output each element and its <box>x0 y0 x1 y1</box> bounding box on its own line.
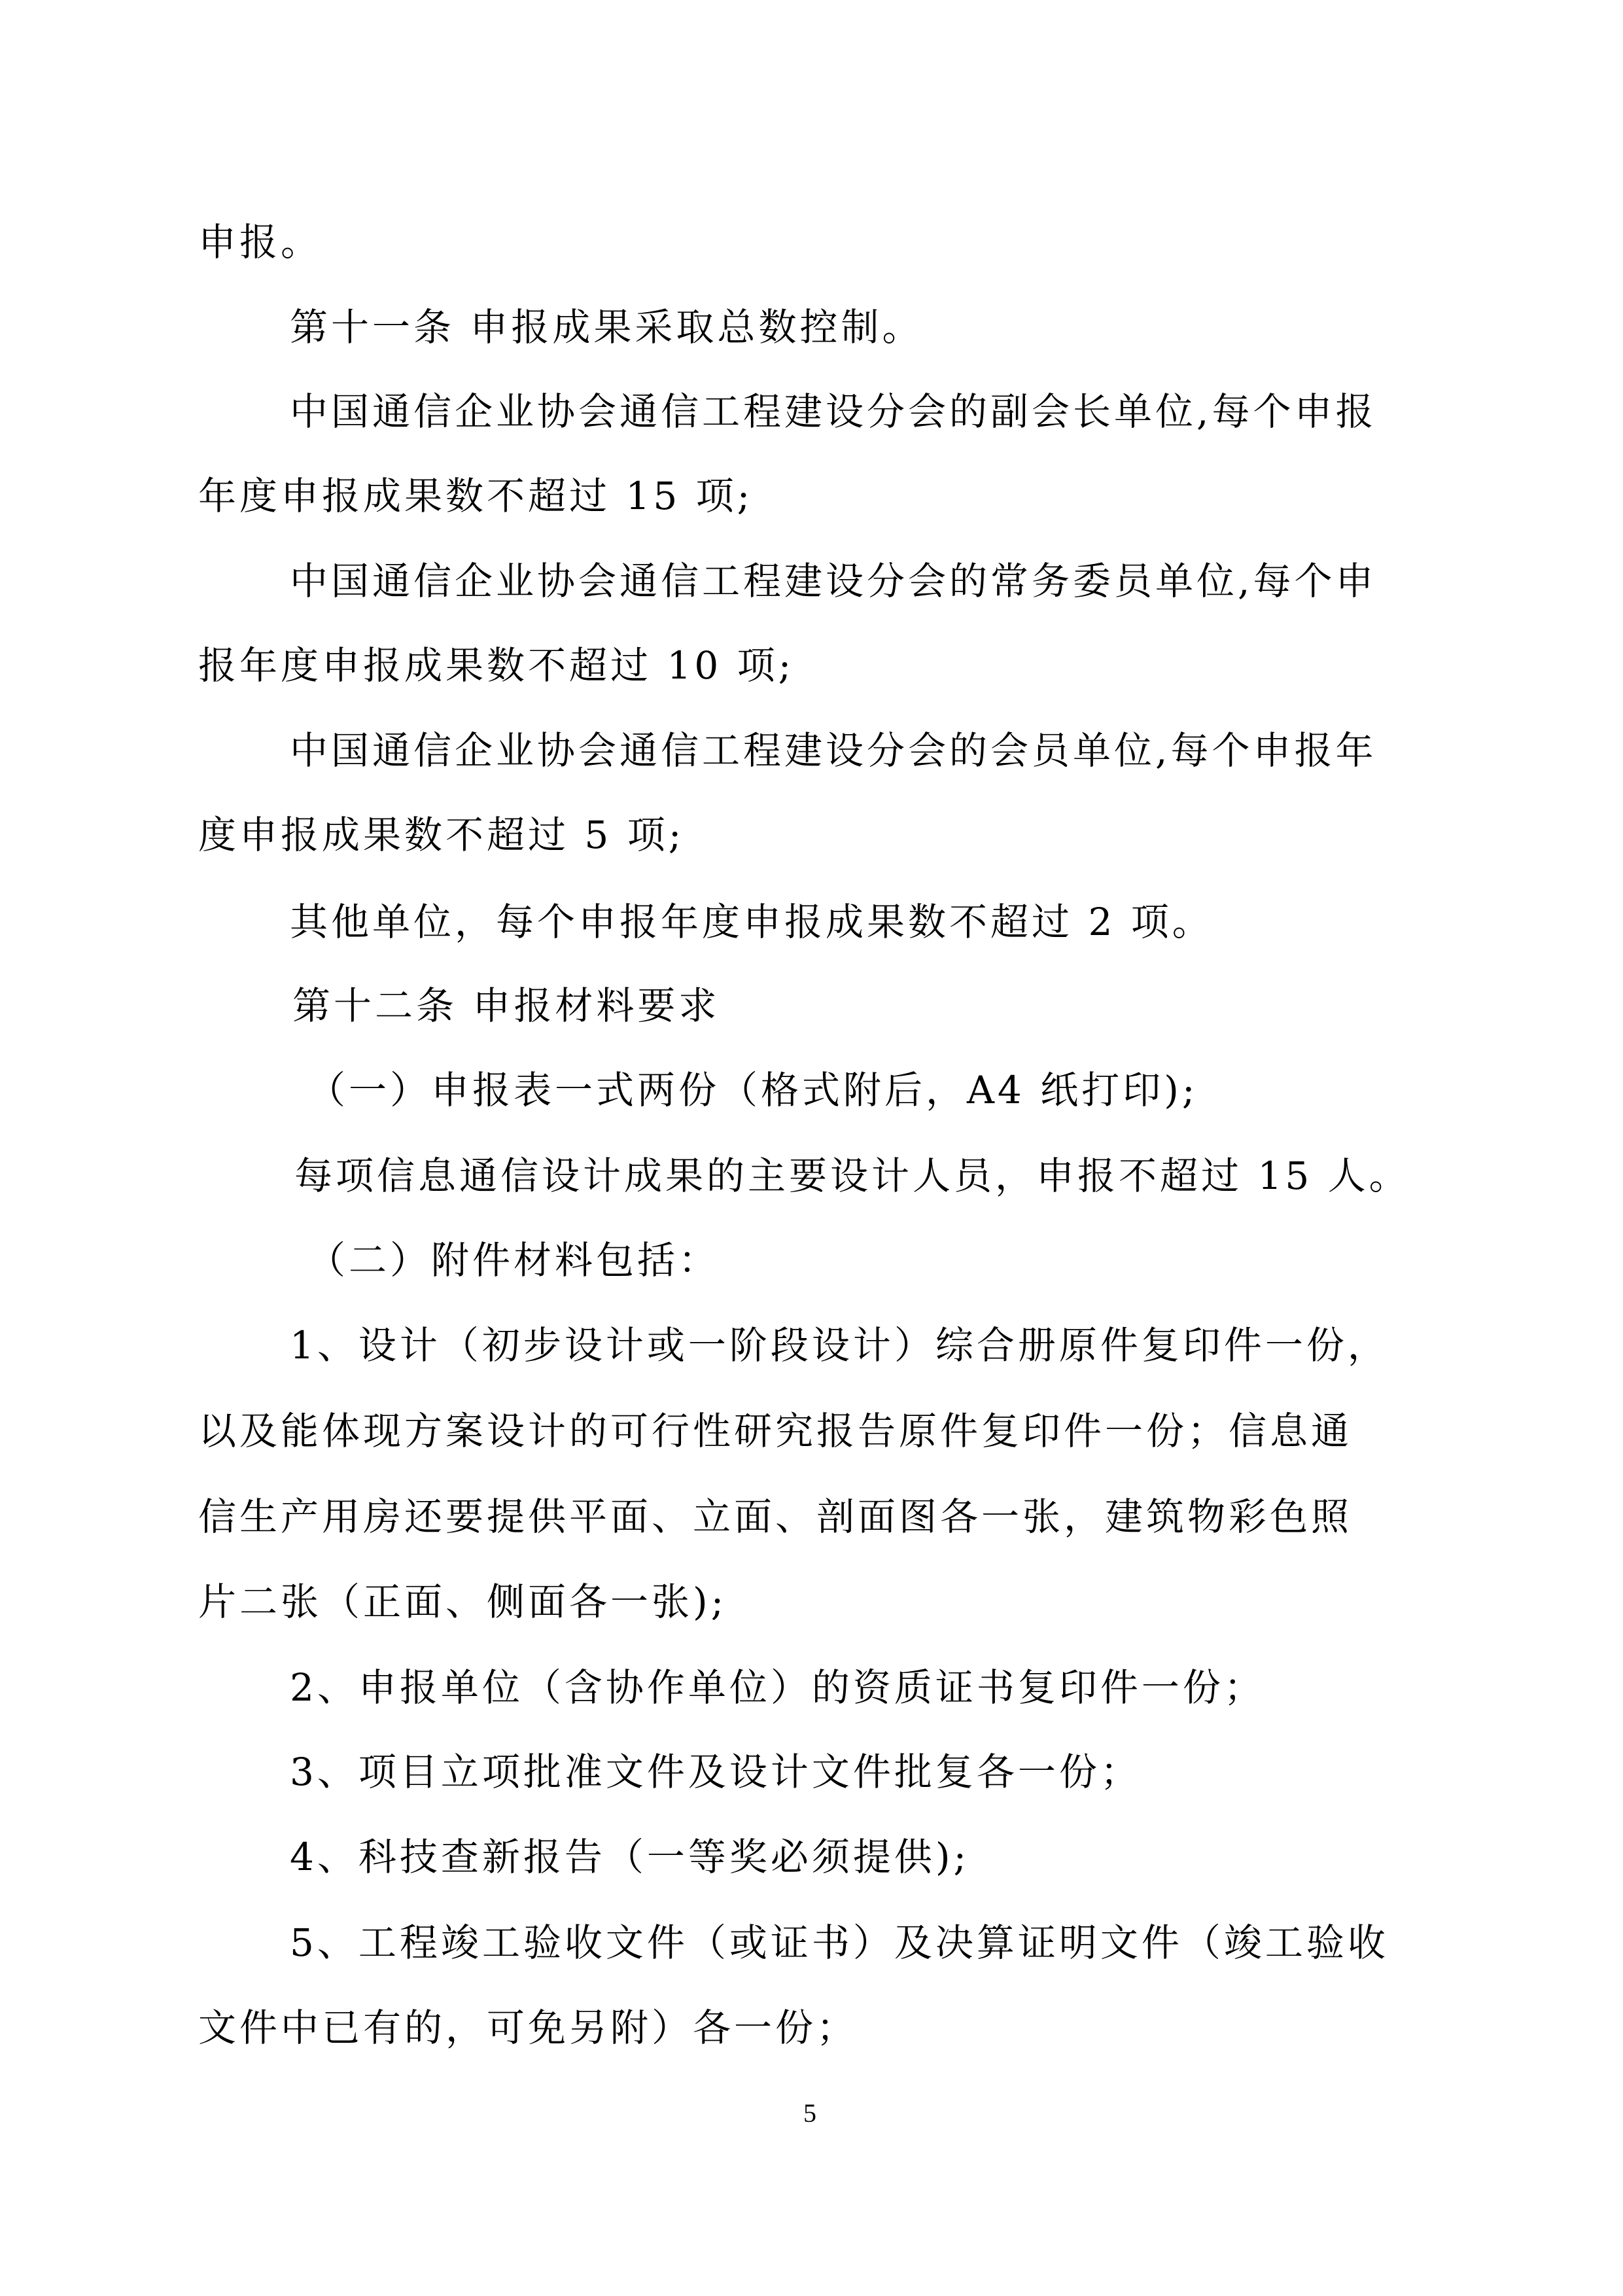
text-line-member-limit: 度申报成果数不超过 5 项; <box>198 812 684 858</box>
text-line-attachment-1-cont-b: 信生产用房还要提供平面、立面、剖面图各一张，建筑物彩色照 <box>198 1494 1352 1540</box>
text-line-member-units: 中国通信企业协会通信工程建设分会的会员单位,每个申报年 <box>290 728 1376 773</box>
text-line-attachment-3: 3、项目立项批准文件及设计文件批复各一份； <box>290 1749 1142 1795</box>
article-12-heading: 第十二条 申报材料要求 <box>292 983 720 1029</box>
text-line-attachment-2: 2、申报单位（含协作单位）的资质证书复印件一份； <box>290 1665 1265 1710</box>
text-line-attachment-1-cont-a: 以及能体现方案设计的可行性研究报告原件复印件一份；信息通 <box>198 1408 1352 1454</box>
text-line-continuation: 申报。 <box>198 219 322 265</box>
text-line-attachment-1-cont-c: 片二张（正面、侧面各一张); <box>198 1579 727 1625</box>
text-line-vice-president-units: 中国通信企业协会通信工程建设分会的副会长单位,每个申报 <box>290 389 1376 434</box>
text-line-designers-limit: 每项信息通信设计成果的主要设计人员，申报不超过 15 人。 <box>294 1153 1410 1199</box>
text-line-attachment-1: 1、设计（初步设计或一阶段设计）综合册原件复印件一份， <box>290 1322 1389 1368</box>
article-11-heading: 第十一条 申报成果采取总数控制。 <box>290 304 923 350</box>
page-number: 5 <box>803 2097 816 2130</box>
document-page: 申报。 第十一条 申报成果采取总数控制。 中国通信企业协会通信工程建设分会的副会… <box>0 0 1623 2296</box>
text-line-other-units: 其他单位，每个申报年度申报成果数不超过 2 项。 <box>290 899 1213 945</box>
text-line-item-2-attachments: （二）附件材料包括： <box>307 1237 720 1283</box>
text-line-standing-committee-limit: 报年度申报成果数不超过 10 项; <box>198 643 794 688</box>
text-line-vice-president-limit: 年度申报成果数不超过 15 项; <box>198 473 753 519</box>
text-line-attachment-5-cont: 文件中已有的，可免另附）各一份； <box>198 2005 858 2051</box>
text-line-item-1-form: （一）申报表一式两份（格式附后，A4 纸打印); <box>307 1067 1198 1113</box>
text-line-standing-committee-units: 中国通信企业协会通信工程建设分会的常务委员单位,每个申 <box>290 558 1376 604</box>
text-line-attachment-5: 5、工程竣工验收文件（或证书）及决算证明文件（竣工验收 <box>290 1920 1389 1966</box>
text-line-attachment-4: 4、科技查新报告（一等奖必须提供); <box>290 1834 969 1880</box>
